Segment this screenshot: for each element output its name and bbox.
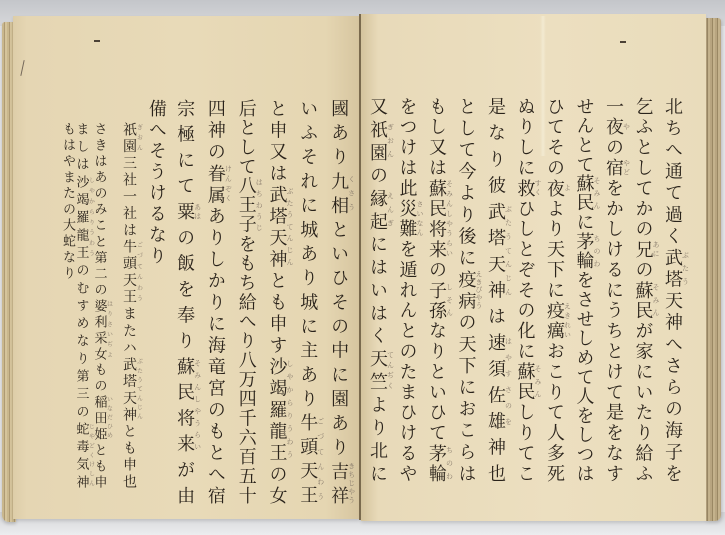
- text-run: もし又は: [426, 97, 447, 179]
- glossed-word: 沙竭羅龍王: [267, 357, 288, 465]
- glossed-word: 婆利采女: [92, 299, 107, 363]
- furigana-gloss: 蛇毒気神じやどくけしん: [74, 422, 89, 488]
- text-run: といひその中に園あり: [328, 220, 349, 462]
- glossed-word: 疫癘: [544, 301, 565, 342]
- furigana-gloss: 子孫しそん: [426, 281, 447, 322]
- furigana-gloss: 眷属けんぞく: [205, 164, 226, 207]
- text-run: に: [574, 213, 595, 232]
- text-column: 又祇園ぎおんの縁起えんぎにはいはく天竺てんぢくより北に: [365, 97, 395, 482]
- glossed-word: 天竺: [367, 349, 388, 395]
- furigana-gloss: 兄あに: [633, 240, 654, 260]
- furigana-gloss: 武塔ぶたう: [662, 248, 683, 291]
- glossed-word: 九相: [328, 172, 349, 220]
- text-run: 乞ふとしてかの: [633, 97, 654, 240]
- text-column: 宗極にて粟あはの飯を奉り蘇民将来そみんしやうらいが由: [171, 99, 202, 504]
- furigana-reading: くさう: [348, 172, 356, 214]
- text-column: をつけは此災難さいなんを遁れんとのたまひけるや: [395, 97, 425, 482]
- text-column: 一夜やの宿やどをかしけるにうちとけて是をなす: [601, 97, 631, 482]
- text-run: 又: [367, 97, 388, 120]
- text-run: 天神へさらの海子を: [662, 291, 683, 482]
- text-run: の天下におこらは: [456, 313, 477, 482]
- text-run: 一: [603, 97, 624, 117]
- furigana-gloss: 蘇民そみん: [515, 362, 536, 403]
- furigana-reading: いなだひめ: [106, 395, 113, 440]
- furigana-reading: そみんしやうらい: [194, 357, 202, 452]
- text-run: ひてその: [544, 97, 565, 179]
- furigana-gloss: 天竺てんぢく: [367, 349, 388, 395]
- glossed-word: 武塔天神: [267, 185, 288, 271]
- text-column: ひてその夜よより天下に疫癘えきれいおこりて人多死: [542, 97, 572, 482]
- text-run: にはいはく: [367, 235, 388, 350]
- furigana-reading: ぶたうてんじん: [505, 202, 513, 299]
- furigana-gloss: 救すく: [515, 179, 536, 199]
- text-run: を遁れんとのたまひけるや: [397, 240, 418, 482]
- furigana-gloss: 茅輪ちのわ: [574, 232, 595, 271]
- furigana-reading: ごづてんわう: [136, 239, 143, 303]
- text-run: の: [603, 138, 624, 158]
- text-run: は: [485, 307, 506, 333]
- text-run: として今より後に: [456, 97, 477, 270]
- glossed-word: 夜: [603, 117, 624, 137]
- text-run: が由: [174, 460, 195, 504]
- glossed-word: 蘇民: [633, 281, 654, 322]
- right-page-main-text: 北ちへ通て過く武塔ぶたう天神へさらの海子を乞ふとしてかの兄あにの蘇民そみんが家に…: [365, 97, 690, 497]
- glossed-word: 蘇民将来: [426, 179, 447, 261]
- furigana-reading: ぎおん: [136, 122, 143, 153]
- furigana-reading: ぎおん: [387, 120, 395, 161]
- furigana-reading: よ: [564, 179, 572, 197]
- glossed-word: 吉祥: [328, 462, 349, 504]
- furigana-gloss: 牛頭天王ごづてんわう: [297, 413, 318, 504]
- text-run: より天下に: [544, 199, 565, 301]
- text-run: いふそれに城あり城に主あり: [297, 99, 318, 413]
- text-run: とも申也: [121, 424, 137, 488]
- text-run: 三社一社は: [121, 156, 137, 240]
- furigana-gloss: 婆利采女はりさいぢよ: [92, 299, 107, 363]
- glossed-word: 救: [515, 179, 536, 199]
- furigana-gloss: 茅輪ちのわ: [426, 444, 447, 482]
- furigana-reading: えきびやう: [475, 270, 483, 310]
- furigana-reading: さいなん: [416, 199, 424, 237]
- text-run: とも申す: [267, 271, 288, 357]
- furigana-reading: や: [623, 117, 631, 135]
- glossed-word: 粟: [174, 202, 195, 228]
- text-run: 是なり彼: [485, 97, 506, 202]
- glossed-word: 武塔天神: [485, 202, 506, 307]
- text-run: おこりて人多死: [544, 342, 565, 482]
- text-run: の飯を奉り: [174, 228, 195, 357]
- text-column: ぬりしに救すくひしとぞその化に蘇民そみんしりてこ: [513, 97, 543, 482]
- furigana-reading: ちのわ: [446, 444, 454, 482]
- furigana-gloss: 蘇民そみん: [633, 281, 654, 322]
- furigana-gloss: 武塔天神ぶたうてんじん: [121, 357, 137, 424]
- glossed-word: 宿: [603, 158, 624, 178]
- text-run: をつけは此: [397, 97, 418, 199]
- text-run: せんとて: [574, 97, 595, 174]
- book-gutter: [359, 14, 361, 520]
- text-run: なりといひて: [426, 321, 447, 443]
- furigana-reading: じやどくけしん: [88, 422, 95, 488]
- text-run: ひしとぞその化に: [515, 199, 536, 362]
- furigana-gloss: 吉祥きちじやう: [328, 462, 349, 504]
- text-column: せんとて蘇民そみんに茅輪ちのわをさせしめて人をしつは: [572, 97, 602, 482]
- text-run: をさせしめて人をしつは: [574, 271, 595, 482]
- furigana-reading: あは: [194, 202, 202, 220]
- furigana-reading: ごづてんわう: [317, 413, 325, 504]
- furigana-reading: えんぎ: [387, 189, 395, 230]
- furigana-gloss: 粟あは: [174, 202, 195, 228]
- glossed-word: 夜: [544, 179, 565, 199]
- text-column: 祇園ぎおん三社一社は牛頭天王ごづてんわうまたハ武塔天神ぶたうてんじんとも申也: [118, 122, 142, 488]
- furigana-gloss: 蘇民将来そみんしやうらい: [426, 179, 447, 261]
- text-run: ありしかりに海竜宮のもとへ宿: [205, 207, 226, 505]
- glossed-word: 縁起: [367, 189, 388, 235]
- glossed-word: 八王子: [236, 176, 257, 234]
- furigana-reading: しそん: [446, 281, 454, 319]
- glossed-word: 蘇民将来: [174, 357, 195, 460]
- text-run: 備へそうけるなり: [146, 99, 167, 267]
- glossed-word: 兄: [633, 240, 654, 260]
- ink-mark: [620, 41, 626, 43]
- glossed-word: 祇園: [367, 120, 388, 166]
- furigana-gloss: 疫癘えきれい: [544, 301, 565, 342]
- furigana-gloss: 牛頭天王ごづてんわう: [121, 239, 137, 306]
- text-column: さきはあのみこと第二の婆利采女はりさいぢよもの稲田姫いなだひめとも申: [94, 122, 112, 488]
- furigana-reading: けんぞく: [224, 164, 232, 204]
- furigana-gloss: 八王子はちわうじ: [236, 176, 257, 234]
- furigana-gloss: 祇園ぎおん: [121, 122, 137, 156]
- glossed-word: 災難: [397, 199, 418, 240]
- text-run: より北に: [367, 395, 388, 482]
- text-column: 四神の眷属けんぞくありしかりに海竜宮のもとへ宿: [202, 99, 233, 504]
- furigana-gloss: 祇園ぎおん: [367, 120, 388, 166]
- text-run: もはやまたの大蛇なり: [60, 122, 75, 282]
- furigana-gloss: 九相くさう: [328, 172, 349, 220]
- right-page-stack-edge: [705, 18, 721, 521]
- text-column: として今より後に疫病えきびやうの天下におこらは: [454, 97, 484, 482]
- text-run: の女: [267, 465, 288, 505]
- text-run: またハ: [121, 306, 137, 356]
- furigana-gloss: 速須佐雄はやすさのを: [485, 333, 506, 438]
- text-run: の: [633, 260, 654, 280]
- furigana-gloss: 宿やど: [603, 158, 624, 178]
- text-run: ぬりしに: [515, 97, 536, 179]
- text-column: 后として八王子はちわうじをもち給へり八万四千六百五十: [232, 99, 263, 504]
- text-run: が家にいたり給ふ: [633, 321, 654, 482]
- glossed-word: 茅輪: [574, 232, 595, 271]
- furigana-gloss: 蘇民そみん: [574, 174, 595, 213]
- text-column: 北ちへ通て過く武塔ぶたう天神へさらの海子を: [660, 97, 690, 482]
- text-run: しりてこ: [515, 403, 536, 482]
- text-run: のむすめなり第三の: [74, 263, 89, 422]
- furigana-gloss: 沙竭羅龍王しやからりうわう: [267, 357, 288, 465]
- ink-mark: [94, 40, 100, 42]
- text-run: 國あり: [328, 99, 349, 172]
- left-page-main-text: 國あり九相くさうといひその中に園あり吉祥きちじやういふそれに城あり城に主あり牛頭…: [140, 99, 356, 519]
- furigana-reading: てんぢく: [387, 349, 395, 390]
- text-column: 國あり九相くさうといひその中に園あり吉祥きちじやう: [325, 99, 356, 504]
- furigana-gloss: 疫病えきびやう: [456, 270, 477, 313]
- furigana-reading: そみんしやうらい: [446, 179, 454, 258]
- glossed-word: 眷属: [205, 164, 226, 207]
- text-run: 四神の: [205, 99, 226, 164]
- glossed-word: 牛頭天王: [297, 413, 318, 504]
- furigana-reading: あに: [652, 240, 660, 258]
- text-run: と申又は: [267, 99, 288, 185]
- glossed-word: 疫病: [456, 270, 477, 313]
- glossed-word: 速須佐雄: [485, 333, 506, 438]
- furigana-reading: えきれい: [564, 301, 572, 339]
- furigana-reading: そみん: [652, 281, 660, 319]
- furigana-reading: ちのわ: [593, 232, 601, 269]
- furigana-reading: しやからりうわう: [88, 175, 95, 259]
- furigana-reading: そみん: [534, 362, 542, 400]
- text-column: と申又は武塔天神ぶたうてんじんとも申す沙竭羅龍王しやからりうわうの女: [263, 99, 294, 504]
- text-run: の: [367, 166, 388, 189]
- furigana-reading: やど: [623, 158, 631, 176]
- glossed-word: 武塔: [662, 248, 683, 291]
- glossed-word: 蛇毒気神: [74, 422, 89, 488]
- glossed-word: 蘇民: [515, 362, 536, 403]
- glossed-word: 茅輪: [426, 444, 447, 482]
- text-column: 備へそうけるなり: [140, 99, 171, 504]
- text-run: の: [426, 260, 447, 280]
- furigana-reading: きちじやう: [348, 462, 356, 504]
- furigana-gloss: 夜や: [603, 117, 624, 137]
- furigana-gloss: 夜よ: [544, 179, 565, 199]
- furigana-reading: すく: [534, 179, 542, 197]
- text-run: をもち給へり八万四千六百五十: [236, 234, 257, 504]
- text-run: 宗極にて: [174, 99, 195, 202]
- left-page-notes: 祇園ぎおん三社一社は牛頭天王ごづてんわうまたハ武塔天神ぶたうてんじんとも申也さき…: [58, 122, 142, 502]
- furigana-gloss: 武塔天神ぶたうてんじん: [267, 185, 288, 271]
- text-run: をかしけるにうちとけて是をなす: [603, 179, 624, 482]
- furigana-reading: しやからりうわう: [286, 357, 294, 461]
- text-column: 是なり彼武塔天神ぶたうてんじんは速須佐雄はやすさのを神也: [483, 97, 513, 482]
- furigana-gloss: 災難さいなん: [397, 199, 418, 240]
- text-run: 后として: [236, 99, 257, 176]
- text-column: いふそれに城あり城に主あり牛頭天王ごづてんわう: [294, 99, 325, 504]
- furigana-gloss: 蘇民将来そみんしやうらい: [174, 357, 195, 460]
- glossed-word: 蘇民: [574, 174, 595, 213]
- furigana-reading: ぶたうてんじん: [286, 185, 294, 268]
- furigana-reading: はりさいぢよ: [106, 299, 113, 360]
- furigana-reading: はちわうじ: [255, 176, 263, 233]
- furigana-reading: そみん: [593, 174, 601, 211]
- text-column: 乞ふとしてかの兄あにの蘇民そみんが家にいたり給ふ: [631, 97, 661, 482]
- text-run: もの: [92, 363, 107, 395]
- text-run: 神也: [485, 438, 506, 482]
- glossed-word: 子孫: [426, 281, 447, 322]
- text-run: 北ちへ通て過く: [662, 97, 683, 248]
- text-column: もし又は蘇民将来そみんしやうらいの子孫しそんなりといひて茅輪ちのわ: [424, 97, 454, 482]
- furigana-reading: ぶたうてんじん: [136, 357, 143, 421]
- furigana-reading: はやすさのを: [505, 333, 513, 430]
- furigana-reading: ぶたう: [682, 248, 690, 288]
- furigana-gloss: 縁起えんぎ: [367, 189, 388, 235]
- furigana-gloss: 武塔天神ぶたうてんじん: [485, 202, 506, 307]
